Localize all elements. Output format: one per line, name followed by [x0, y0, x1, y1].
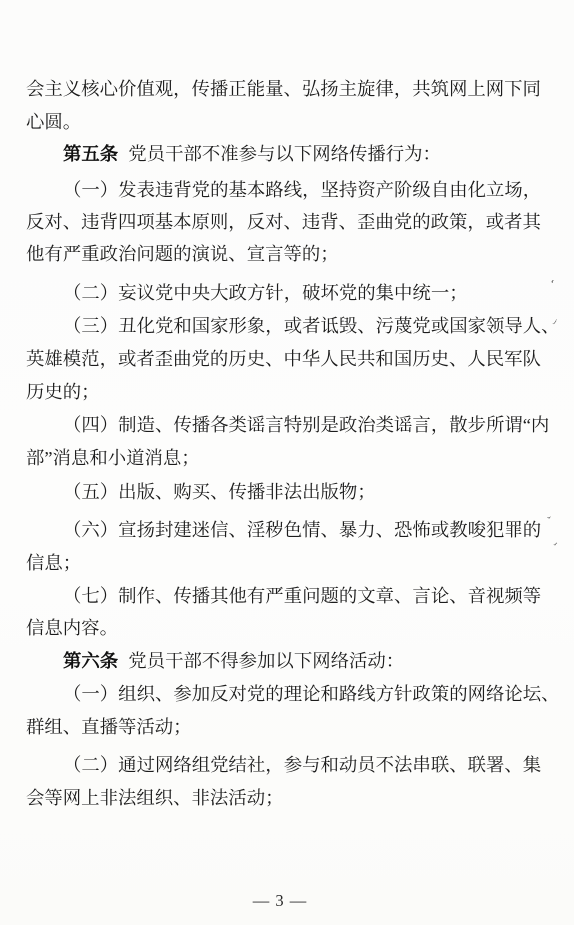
text-line: 信息内容。 [26, 617, 566, 639]
text-line: 英雄模范，或者歪曲党的历史、中华人民共和国历史、人民军队 [26, 348, 566, 370]
text-line: 会主义核心价值观，传播正能量、弘扬主旋律，共筑网上网下同 [26, 78, 566, 100]
text-line: （三）丑化党和国家形象，或者诋毁、污蔑党或国家领导人、 [26, 315, 574, 337]
article-heading-line: 第五条党员干部不准参与以下网络传播行为： [26, 143, 574, 165]
article-number: 第六条 [63, 651, 118, 671]
text-line: （六）宣扬封建迷信、淫秽色情、暴力、恐怖或教唆犯罪的 [26, 519, 574, 541]
text-line: 部”消息和小道消息； [26, 447, 566, 469]
text-line: （二）通过网络组党结社，参与和动员不法串联、联署、集 [26, 754, 574, 776]
article-heading-text: 党员干部不准参与以下网络传播行为： [128, 144, 441, 164]
text-line: 会等网上非法组织、非法活动； [26, 787, 566, 809]
article-heading-line: 第六条党员干部不得参加以下网络活动： [26, 650, 574, 672]
text-line: （七）制作、传播其他有严重问题的文章、言论、音视频等 [26, 585, 574, 607]
article-number: 第五条 [63, 144, 118, 164]
text-line: （一）组织、参加反对党的理论和路线方针政策的网络论坛、 [26, 683, 574, 705]
text-line: （五）出版、购买、传播非法出版物； [26, 481, 574, 503]
text-line: 反对、违背四项基本原则，反对、违背、歪曲党的政策，或者其 [26, 211, 566, 233]
document-page: 会主义核心价值观，传播正能量、弘扬主旋律，共筑网上网下同心圆。第五条党员干部不准… [0, 0, 574, 925]
text-line: 心圆。 [26, 111, 566, 133]
text-line: 他有严重政治问题的演说、宣言等的； [26, 243, 566, 265]
text-line: （二）妄议党中央大政方针，破坏党的集中统一； [26, 282, 574, 304]
text-line: 历史的； [26, 381, 566, 403]
text-line: 信息； [26, 552, 566, 574]
article-heading-text: 党员干部不得参加以下网络活动： [128, 651, 404, 671]
text-line: （四）制造、传播各类谣言特别是政治类谣言，散步所谓“内 [26, 414, 574, 436]
text-line: （一）发表违背党的基本路线，坚持资产阶级自由化立场， [26, 179, 574, 201]
scan-artifact: ʴ [550, 541, 559, 551]
page-number: — 3 — [0, 891, 560, 911]
text-line: 群组、直播等活动； [26, 716, 566, 738]
